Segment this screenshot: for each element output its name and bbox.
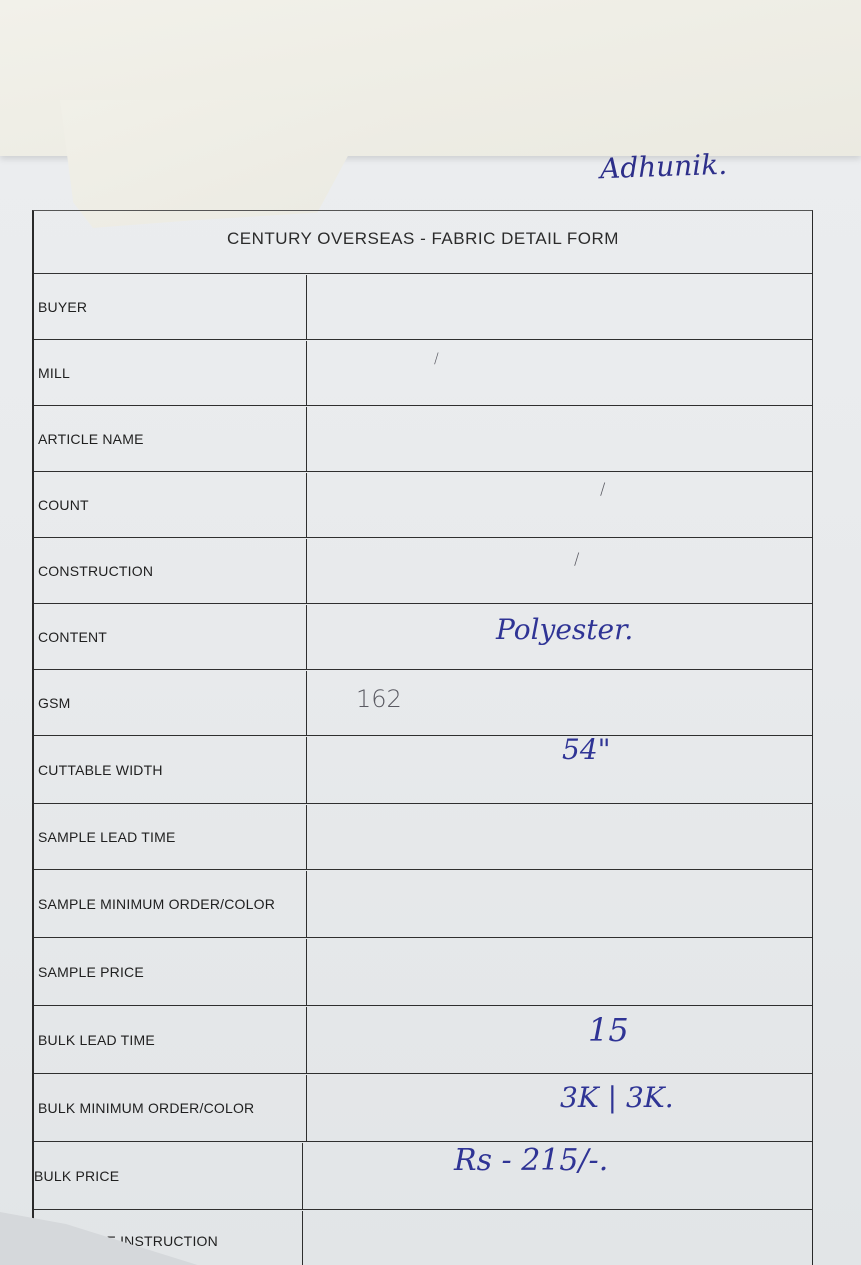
form-row-sample-min-order: SAMPLE MINIMUM ORDER/COLOR (34, 871, 812, 938)
label-buyer: BUYER (38, 275, 307, 339)
value-article-name[interactable] (308, 407, 812, 471)
label-sample-lead-time: SAMPLE LEAD TIME (38, 805, 307, 869)
form-row-cuttable-width: CUTTABLE WIDTH 54" (34, 737, 812, 804)
form-row-article-name: ARTICLE NAME (34, 407, 812, 472)
form-row-sample-lead-time: SAMPLE LEAD TIME (34, 805, 812, 870)
value-mill-text: / (434, 351, 439, 367)
label-construction: CONSTRUCTION (38, 539, 307, 603)
value-bulk-min-order[interactable]: 3K | 3K. (308, 1075, 812, 1141)
label-article-name: ARTICLE NAME (38, 407, 307, 471)
label-sample-price: SAMPLE PRICE (38, 939, 307, 1005)
label-gsm: GSM (38, 671, 307, 735)
value-content-text: Polyester. (496, 613, 633, 646)
form-row-content: CONTENT Polyester. (34, 605, 812, 670)
form-row-bulk-price: BULK PRICE Rs - 215/-. (34, 1143, 812, 1210)
value-sample-min-order[interactable] (308, 871, 812, 937)
value-sample-lead-time[interactable] (308, 805, 812, 869)
value-cuttable-width[interactable]: 54" (308, 737, 812, 803)
form-row-bulk-lead-time: BULK LEAD TIME 15 (34, 1007, 812, 1074)
form-row-mill: MILL / (34, 341, 812, 406)
form-row-buyer: BUYER (34, 275, 812, 340)
form-row-sample-price: SAMPLE PRICE (34, 939, 812, 1006)
value-buyer[interactable] (308, 275, 812, 339)
label-count: COUNT (38, 473, 307, 537)
form-row-gsm: GSM 162 (34, 671, 812, 736)
value-count-text: / (600, 479, 605, 498)
value-cuttable-width-text: 54" (562, 733, 611, 766)
value-mill[interactable]: / (308, 341, 812, 405)
value-bulk-price[interactable]: Rs - 215/-. (308, 1143, 812, 1209)
value-bulk-price-text: Rs - 215/-. (454, 1143, 608, 1178)
label-content: CONTENT (38, 605, 307, 669)
value-construction[interactable]: / (308, 539, 812, 603)
value-count[interactable]: / (308, 473, 812, 537)
value-bulk-lead-time-text: 15 (588, 1011, 629, 1049)
handwritten-signature: Adhunik. (599, 148, 727, 185)
fabric-detail-form: CENTURY OVERSEAS - FABRIC DETAIL FORM BU… (32, 210, 813, 1265)
form-title: CENTURY OVERSEAS - FABRIC DETAIL FORM (34, 211, 812, 274)
value-content[interactable]: Polyester. (308, 605, 812, 669)
value-gsm-text: 162 (356, 685, 402, 713)
value-bulk-lead-time[interactable]: 15 (308, 1007, 812, 1073)
form-row-count: COUNT / (34, 473, 812, 538)
value-bulk-min-order-text: 3K | 3K. (560, 1081, 674, 1114)
label-mill: MILL (38, 341, 307, 405)
label-bulk-price: BULK PRICE (34, 1143, 303, 1209)
label-bulk-lead-time: BULK LEAD TIME (38, 1007, 307, 1073)
label-bulk-min-order: BULK MINIMUM ORDER/COLOR (38, 1075, 307, 1141)
form-row-construction: CONSTRUCTION / (34, 539, 812, 604)
value-sample-price[interactable] (308, 939, 812, 1005)
value-construction-text: / (574, 549, 579, 568)
value-gsm[interactable]: 162 (308, 671, 812, 735)
form-row-bulk-min-order: BULK MINIMUM ORDER/COLOR 3K | 3K. (34, 1075, 812, 1142)
value-washcare[interactable] (308, 1211, 812, 1265)
label-cuttable-width: CUTTABLE WIDTH (38, 737, 307, 803)
label-sample-min-order: SAMPLE MINIMUM ORDER/COLOR (38, 871, 307, 937)
